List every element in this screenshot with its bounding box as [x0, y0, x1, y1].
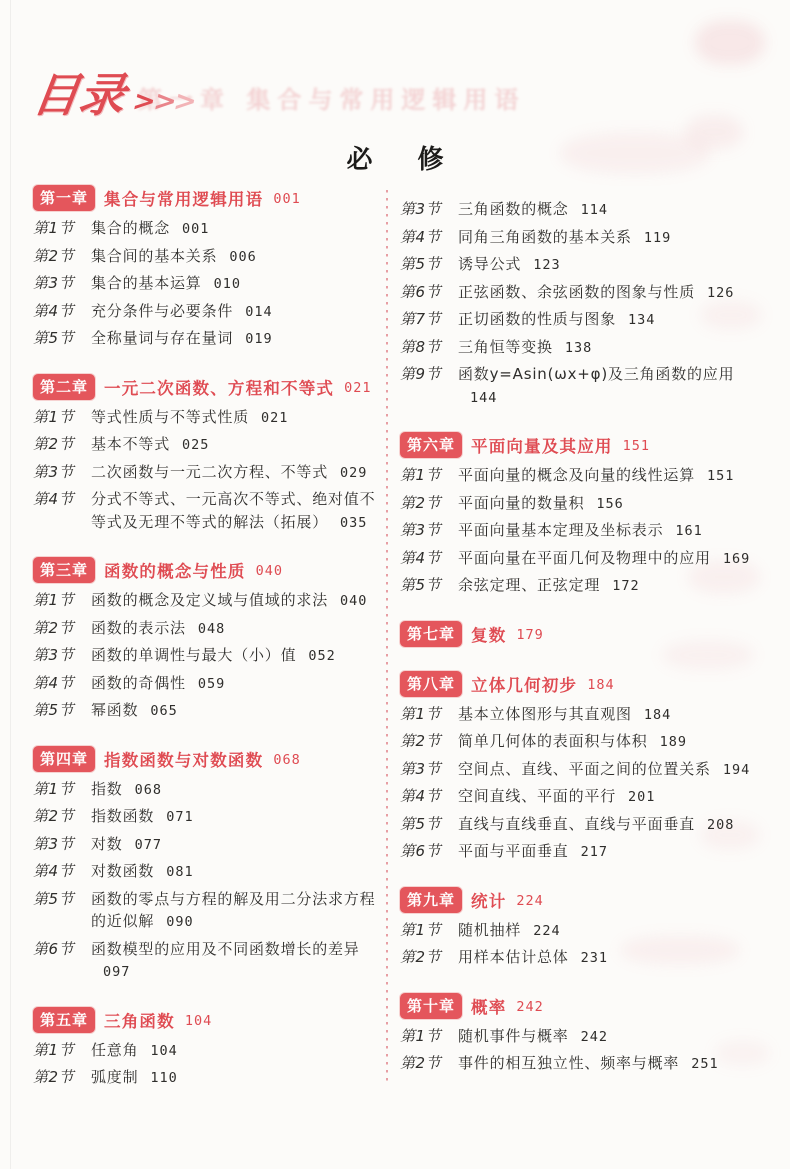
section-text: 二次函数与一元二次方程、不等式029 — [91, 461, 379, 484]
section-number: 第2节 — [33, 433, 85, 456]
section-number: 第2节 — [400, 946, 452, 969]
toc-entry: 第2节用样本估计总体231 — [400, 946, 752, 969]
section-title: 弧度制 — [91, 1068, 138, 1086]
chapter-title: 集合与常用逻辑用语 — [104, 186, 263, 210]
toc-entry: 第1节等式性质与不等式性质021 — [33, 406, 379, 429]
section-number: 第2节 — [400, 730, 452, 753]
chapter-block: 第3节三角函数的概念114第4节同角三角函数的基本关系119第5节诱导公式123… — [400, 185, 752, 408]
section-number: 第3节 — [33, 644, 85, 667]
section-number: 第5节 — [400, 813, 452, 836]
section-text: 函数的奇偶性059 — [91, 672, 379, 695]
section-number: 第4节 — [33, 672, 85, 695]
section-title: 任意角 — [91, 1041, 138, 1059]
section-title: 指数 — [91, 780, 123, 798]
section-page-number: 029 — [340, 465, 367, 481]
section-page-number: 169 — [723, 551, 750, 567]
section-page-number: 217 — [581, 844, 608, 860]
section-number: 第1节 — [400, 464, 452, 487]
section-page-number: 224 — [533, 923, 560, 939]
section-page-number: 194 — [723, 762, 750, 778]
section-title: 三角恒等变换 — [458, 338, 553, 356]
section-title: 三角函数的概念 — [458, 200, 569, 218]
section-page-number: 090 — [166, 914, 193, 930]
section-page-number: 068 — [135, 782, 162, 798]
section-page-number: 052 — [308, 648, 335, 664]
chapter-title: 立体几何初步 — [471, 672, 577, 696]
chapter-badge: 第五章 — [33, 1007, 95, 1033]
section-number: 第5节 — [33, 327, 85, 350]
section-text: 基本不等式025 — [91, 433, 379, 456]
section-number: 第2节 — [400, 1052, 452, 1075]
section-number: 第8节 — [400, 336, 452, 359]
chapter-heading: 第二章一元二次函数、方程和不等式021 — [33, 374, 379, 400]
section-page-number: 172 — [612, 578, 639, 594]
section-page-number: 231 — [581, 950, 608, 966]
section-number: 第1节 — [33, 778, 85, 801]
bleed-through-ghost-text: 第一章 集合与常用逻辑用语 — [138, 80, 678, 115]
section-page-number: 048 — [198, 621, 225, 637]
chapter-page-number: 179 — [516, 625, 543, 643]
toc-entry: 第3节三角函数的概念114 — [400, 198, 752, 221]
section-title: 诱导公式 — [458, 255, 521, 273]
section-number: 第3节 — [33, 461, 85, 484]
section-page-number: 065 — [150, 703, 177, 719]
chapter-badge: 第八章 — [400, 671, 462, 697]
section-page-number: 019 — [245, 331, 272, 347]
chapter-title: 概率 — [471, 994, 506, 1018]
section-title: 对数函数 — [91, 862, 154, 880]
chapter-heading: 第一章集合与常用逻辑用语001 — [33, 185, 379, 211]
section-text: 三角恒等变换138 — [458, 336, 752, 359]
toc-entry: 第5节函数的零点与方程的解及用二分法求方程的近似解090 — [33, 888, 379, 933]
section-text: 直线与直线垂直、直线与平面垂直208 — [458, 813, 752, 836]
section-text: 集合间的基本关系006 — [91, 245, 379, 268]
section-text: 空间点、直线、平面之间的位置关系194 — [458, 758, 752, 781]
section-number: 第2节 — [33, 1066, 85, 1089]
chevrons-decoration: > > > — [135, 88, 197, 118]
toc-entry: 第5节直线与直线垂直、直线与平面垂直208 — [400, 813, 752, 836]
section-page-number: 208 — [707, 817, 734, 833]
section-page-number: 184 — [644, 707, 671, 723]
chapter-block: 第一章集合与常用逻辑用语001第1节集合的概念001第2节集合间的基本关系006… — [33, 185, 379, 350]
section-page-number: 001 — [182, 221, 209, 237]
toc-entry: 第2节函数的表示法048 — [33, 617, 379, 640]
section-page-number: 081 — [166, 864, 193, 880]
section-page-number: 059 — [198, 676, 225, 692]
section-number: 第4节 — [33, 860, 85, 883]
toc-entry: 第6节平面与平面垂直217 — [400, 840, 752, 863]
toc-entry: 第4节空间直线、平面的平行201 — [400, 785, 752, 808]
section-title: 空间点、直线、平面之间的位置关系 — [458, 760, 711, 778]
toc-entry: 第2节指数函数071 — [33, 805, 379, 828]
chapter-block: 第九章统计224第1节随机抽样224第2节用样本估计总体231 — [400, 887, 752, 969]
section-title: 基本不等式 — [91, 435, 170, 453]
toc-entry: 第4节对数函数081 — [33, 860, 379, 883]
section-number: 第1节 — [400, 1025, 452, 1048]
section-text: 函数的零点与方程的解及用二分法求方程的近似解090 — [91, 888, 379, 933]
section-title: 平面与平面垂直 — [458, 842, 569, 860]
section-page-number: 114 — [581, 202, 608, 218]
chapter-heading: 第八章立体几何初步184 — [400, 671, 752, 697]
section-number: 第6节 — [400, 840, 452, 863]
chapter-block: 第五章三角函数104第1节任意角104第2节弧度制110 — [33, 1007, 379, 1089]
chapter-badge: 第三章 — [33, 557, 95, 583]
toc-entry: 第3节空间点、直线、平面之间的位置关系194 — [400, 758, 752, 781]
section-page-number: 110 — [150, 1070, 177, 1086]
section-text: 幂函数065 — [91, 699, 379, 722]
section-text: 同角三角函数的基本关系119 — [458, 226, 752, 249]
section-text: 余弦定理、正弦定理172 — [458, 574, 752, 597]
section-title: 函数的单调性与最大（小）值 — [91, 646, 296, 664]
section-text: 指数函数071 — [91, 805, 379, 828]
section-text: 函数的单调性与最大（小）值052 — [91, 644, 379, 667]
toc-entry: 第2节事件的相互独立性、频率与概率251 — [400, 1052, 752, 1075]
section-page-number: 010 — [214, 276, 241, 292]
section-title: 平面向量在平面几何及物理中的应用 — [458, 549, 711, 567]
toc-entry: 第4节函数的奇偶性059 — [33, 672, 379, 695]
toc-entry: 第8节三角恒等变换138 — [400, 336, 752, 359]
section-number: 第3节 — [33, 272, 85, 295]
toc-entry: 第4节充分条件与必要条件014 — [33, 300, 379, 323]
section-page-number: 104 — [150, 1043, 177, 1059]
chapter-page-number: 104 — [185, 1011, 212, 1029]
section-title: 直线与直线垂直、直线与平面垂直 — [458, 815, 695, 833]
section-page-number: 035 — [340, 515, 367, 531]
section-text: 等式性质与不等式性质021 — [91, 406, 379, 429]
toc-entry: 第6节正弦函数、余弦函数的图象与性质126 — [400, 281, 752, 304]
section-title: 事件的相互独立性、频率与概率 — [458, 1054, 679, 1072]
chapter-badge: 第六章 — [400, 432, 462, 458]
chapter-heading: 第十章概率242 — [400, 993, 752, 1019]
section-title: 正弦函数、余弦函数的图象与性质 — [458, 283, 695, 301]
section-text: 分式不等式、一元高次不等式、绝对值不等式及无理不等式的解法（拓展）035 — [91, 488, 379, 533]
section-title: 基本立体图形与其直观图 — [458, 705, 632, 723]
toc-entry: 第2节平面向量的数量积156 — [400, 492, 752, 515]
section-title: 充分条件与必要条件 — [91, 302, 233, 320]
toc-entry: 第1节集合的概念001 — [33, 217, 379, 240]
toc-entry: 第1节指数068 — [33, 778, 379, 801]
section-title: 函数的概念及定义域与值域的求法 — [91, 591, 328, 609]
section-text: 平面向量在平面几何及物理中的应用169 — [458, 547, 752, 570]
section-page-number: 161 — [675, 523, 702, 539]
section-text: 函数模型的应用及不同函数增长的差异097 — [91, 938, 379, 983]
section-number: 第5节 — [33, 699, 85, 722]
chapter-page-number: 242 — [516, 997, 543, 1015]
toc-entry: 第2节集合间的基本关系006 — [33, 245, 379, 268]
toc-column-right: 第3节三角函数的概念114第4节同角三角函数的基本关系119第5节诱导公式123… — [400, 185, 752, 1099]
chapter-block: 第四章指数函数与对数函数068第1节指数068第2节指数函数071第3节对数07… — [33, 746, 379, 983]
section-text: 函数的表示法048 — [91, 617, 379, 640]
section-title: 函数的奇偶性 — [91, 674, 186, 692]
section-number: 第1节 — [33, 217, 85, 240]
chapter-heading: 第五章三角函数104 — [33, 1007, 379, 1033]
chapter-title: 复数 — [471, 622, 506, 646]
section-page-number: 156 — [596, 496, 623, 512]
toc-entry: 第1节函数的概念及定义域与值域的求法040 — [33, 589, 379, 612]
section-text: 充分条件与必要条件014 — [91, 300, 379, 323]
toc-entry: 第5节全称量词与存在量词019 — [33, 327, 379, 350]
section-number: 第1节 — [400, 919, 452, 942]
section-text: 随机抽样224 — [458, 919, 752, 942]
section-text: 全称量词与存在量词019 — [91, 327, 379, 350]
section-title: 等式性质与不等式性质 — [91, 408, 249, 426]
toc-entry: 第4节分式不等式、一元高次不等式、绝对值不等式及无理不等式的解法（拓展）035 — [33, 488, 379, 533]
section-page-number: 014 — [245, 304, 272, 320]
column-divider — [386, 190, 388, 1083]
chapter-page-number: 068 — [273, 750, 300, 768]
chapter-block: 第七章复数179 — [400, 621, 752, 647]
section-number: 第9节 — [400, 363, 452, 408]
section-text: 空间直线、平面的平行201 — [458, 785, 752, 808]
section-text: 平面与平面垂直217 — [458, 840, 752, 863]
toc-entry: 第5节余弦定理、正弦定理172 — [400, 574, 752, 597]
chapter-heading: 第九章统计224 — [400, 887, 752, 913]
toc-entry: 第5节诱导公式123 — [400, 253, 752, 276]
toc-entry: 第5节幂函数065 — [33, 699, 379, 722]
section-number: 第6节 — [400, 281, 452, 304]
chapter-title: 一元二次函数、方程和不等式 — [104, 375, 334, 399]
chapter-block: 第二章一元二次函数、方程和不等式021第1节等式性质与不等式性质021第2节基本… — [33, 374, 379, 534]
section-title: 正切函数的性质与图象 — [458, 310, 616, 328]
chapter-heading: 第七章复数179 — [400, 621, 752, 647]
section-title: 对数 — [91, 835, 123, 853]
toc-entry: 第3节对数077 — [33, 833, 379, 856]
section-title: 集合的基本运算 — [91, 274, 202, 292]
chapter-heading: 第六章平面向量及其应用151 — [400, 432, 752, 458]
section-title: 幂函数 — [91, 701, 138, 719]
section-number: 第7节 — [400, 308, 452, 331]
section-number: 第2节 — [400, 492, 452, 515]
section-page-number: 025 — [182, 437, 209, 453]
section-number: 第5节 — [400, 253, 452, 276]
toc-entry: 第4节平面向量在平面几何及物理中的应用169 — [400, 547, 752, 570]
chapter-badge: 第十章 — [400, 993, 462, 1019]
section-number: 第1节 — [33, 589, 85, 612]
section-text: 任意角104 — [91, 1039, 379, 1062]
section-number: 第1节 — [33, 406, 85, 429]
section-text: 平面向量基本定理及坐标表示161 — [458, 519, 752, 542]
section-text: 简单几何体的表面积与体积189 — [458, 730, 752, 753]
toc-entry: 第3节平面向量基本定理及坐标表示161 — [400, 519, 752, 542]
toc-column-left: 第一章集合与常用逻辑用语001第1节集合的概念001第2节集合间的基本关系006… — [33, 185, 379, 1113]
section-page-number: 242 — [581, 1029, 608, 1045]
section-title: 空间直线、平面的平行 — [458, 787, 616, 805]
section-title: 用样本估计总体 — [458, 948, 569, 966]
toc-entry: 第1节随机事件与概率242 — [400, 1025, 752, 1048]
section-title: 简单几何体的表面积与体积 — [458, 732, 648, 750]
section-page-number: 138 — [565, 340, 592, 356]
section-title: 余弦定理、正弦定理 — [458, 576, 600, 594]
section-title: 集合的概念 — [91, 219, 170, 237]
section-page-number: 201 — [628, 789, 655, 805]
section-number: 第3节 — [400, 758, 452, 781]
section-title: 二次函数与一元二次方程、不等式 — [91, 463, 328, 481]
chapter-heading: 第四章指数函数与对数函数068 — [33, 746, 379, 772]
chapter-page-number: 040 — [256, 561, 283, 579]
section-title: 同角三角函数的基本关系 — [458, 228, 632, 246]
chapter-page-number: 001 — [273, 189, 300, 207]
toc-entry: 第7节正切函数的性质与图象134 — [400, 308, 752, 331]
toc-entry: 第1节基本立体图形与其直观图184 — [400, 703, 752, 726]
section-title: 函数y=Asin(ωx+φ)及三角函数的应用 — [458, 365, 734, 383]
section-title: 分式不等式、一元高次不等式、绝对值不等式及无理不等式的解法（拓展） — [91, 490, 375, 531]
section-page-number: 119 — [644, 230, 671, 246]
toc-entry: 第1节随机抽样224 — [400, 919, 752, 942]
section-title: 平面向量的数量积 — [458, 494, 584, 512]
section-title: 平面向量的概念及向量的线性运算 — [458, 466, 695, 484]
part-title: 必 修 — [0, 139, 790, 176]
chapter-title: 统计 — [471, 888, 506, 912]
section-title: 平面向量基本定理及坐标表示 — [458, 521, 663, 539]
chapter-block: 第十章概率242第1节随机事件与概率242第2节事件的相互独立性、频率与概率25… — [400, 993, 752, 1075]
chapter-title: 平面向量及其应用 — [471, 433, 613, 457]
toc-entry: 第3节集合的基本运算010 — [33, 272, 379, 295]
bleed-through-smudge — [695, 20, 765, 65]
chapter-badge: 第二章 — [33, 374, 95, 400]
section-text: 事件的相互独立性、频率与概率251 — [458, 1052, 752, 1075]
section-title: 集合间的基本关系 — [91, 247, 217, 265]
section-text: 用样本估计总体231 — [458, 946, 752, 969]
toc-entry: 第1节任意角104 — [33, 1039, 379, 1062]
section-text: 基本立体图形与其直观图184 — [458, 703, 752, 726]
section-page-number: 077 — [135, 837, 162, 853]
section-page-number: 021 — [261, 410, 288, 426]
section-text: 正弦函数、余弦函数的图象与性质126 — [458, 281, 752, 304]
toc-entry: 第2节基本不等式025 — [33, 433, 379, 456]
section-page-number: 097 — [103, 964, 130, 980]
toc-title: 目录 — [30, 72, 128, 118]
section-page-number: 144 — [470, 390, 497, 406]
section-text: 集合的基本运算010 — [91, 272, 379, 295]
toc-entry: 第9节函数y=Asin(ωx+φ)及三角函数的应用144 — [400, 363, 752, 408]
section-title: 函数模型的应用及不同函数增长的差异 — [91, 940, 360, 958]
section-page-number: 071 — [166, 809, 193, 825]
chapter-badge: 第七章 — [400, 621, 462, 647]
section-text: 对数077 — [91, 833, 379, 856]
section-text: 函数y=Asin(ωx+φ)及三角函数的应用144 — [458, 363, 752, 408]
section-number: 第3节 — [33, 833, 85, 856]
section-number: 第1节 — [400, 703, 452, 726]
section-text: 平面向量的概念及向量的线性运算151 — [458, 464, 752, 487]
section-text: 弧度制110 — [91, 1066, 379, 1089]
toc-entry: 第3节函数的单调性与最大（小）值052 — [33, 644, 379, 667]
section-title: 随机抽样 — [458, 921, 521, 939]
chapter-page-number: 224 — [516, 891, 543, 909]
chapter-title: 指数函数与对数函数 — [104, 747, 263, 771]
section-number: 第2节 — [33, 805, 85, 828]
section-page-number: 126 — [707, 285, 734, 301]
section-text: 诱导公式123 — [458, 253, 752, 276]
section-text: 随机事件与概率242 — [458, 1025, 752, 1048]
section-text: 集合的概念001 — [91, 217, 379, 240]
section-page-number: 134 — [628, 312, 655, 328]
chapter-block: 第六章平面向量及其应用151第1节平面向量的概念及向量的线性运算151第2节平面… — [400, 432, 752, 597]
section-number: 第4节 — [400, 547, 452, 570]
section-number: 第5节 — [400, 574, 452, 597]
chapter-block: 第三章函数的概念与性质040第1节函数的概念及定义域与值域的求法040第2节函数… — [33, 557, 379, 722]
section-number: 第6节 — [33, 938, 85, 983]
section-number: 第1节 — [33, 1039, 85, 1062]
chapter-badge: 第四章 — [33, 746, 95, 772]
toc-entry: 第3节二次函数与一元二次方程、不等式029 — [33, 461, 379, 484]
chapter-page-number: 151 — [623, 436, 650, 454]
section-title: 函数的零点与方程的解及用二分法求方程的近似解 — [91, 890, 375, 931]
section-page-number: 251 — [691, 1056, 718, 1072]
section-title: 函数的表示法 — [91, 619, 186, 637]
section-number: 第5节 — [33, 888, 85, 933]
chapter-badge: 第九章 — [400, 887, 462, 913]
section-title: 指数函数 — [91, 807, 154, 825]
section-text: 正切函数的性质与图象134 — [458, 308, 752, 331]
section-number: 第2节 — [33, 617, 85, 640]
section-page-number: 006 — [229, 249, 256, 265]
section-page-number: 123 — [533, 257, 560, 273]
section-text: 三角函数的概念114 — [458, 198, 752, 221]
section-number: 第4节 — [33, 300, 85, 323]
section-number: 第4节 — [33, 488, 85, 533]
section-number: 第4节 — [400, 785, 452, 808]
section-title: 全称量词与存在量词 — [91, 329, 233, 347]
toc-entry: 第4节同角三角函数的基本关系119 — [400, 226, 752, 249]
chevron-icon: > — [171, 88, 199, 115]
section-page-number: 151 — [707, 468, 734, 484]
toc-entry: 第2节弧度制110 — [33, 1066, 379, 1089]
section-number: 第4节 — [400, 226, 452, 249]
toc-entry: 第6节函数模型的应用及不同函数增长的差异097 — [33, 938, 379, 983]
section-number: 第3节 — [400, 198, 452, 221]
section-page-number: 040 — [340, 593, 367, 609]
toc-entry: 第2节简单几何体的表面积与体积189 — [400, 730, 752, 753]
section-number: 第3节 — [400, 519, 452, 542]
section-text: 指数068 — [91, 778, 379, 801]
section-page-number: 189 — [660, 734, 687, 750]
section-text: 平面向量的数量积156 — [458, 492, 752, 515]
section-title: 随机事件与概率 — [458, 1027, 569, 1045]
section-text: 对数函数081 — [91, 860, 379, 883]
section-text: 函数的概念及定义域与值域的求法040 — [91, 589, 379, 612]
chapter-title: 三角函数 — [104, 1008, 175, 1032]
chapter-block: 第八章立体几何初步184第1节基本立体图形与其直观图184第2节简单几何体的表面… — [400, 671, 752, 863]
chapter-page-number: 021 — [344, 378, 371, 396]
toc-title-block: 目录 > > > — [33, 72, 197, 118]
chapter-page-number: 184 — [587, 675, 614, 693]
section-number: 第2节 — [33, 245, 85, 268]
chapter-title: 函数的概念与性质 — [104, 558, 246, 582]
chapter-badge: 第一章 — [33, 185, 95, 211]
toc-entry: 第1节平面向量的概念及向量的线性运算151 — [400, 464, 752, 487]
chapter-heading: 第三章函数的概念与性质040 — [33, 557, 379, 583]
